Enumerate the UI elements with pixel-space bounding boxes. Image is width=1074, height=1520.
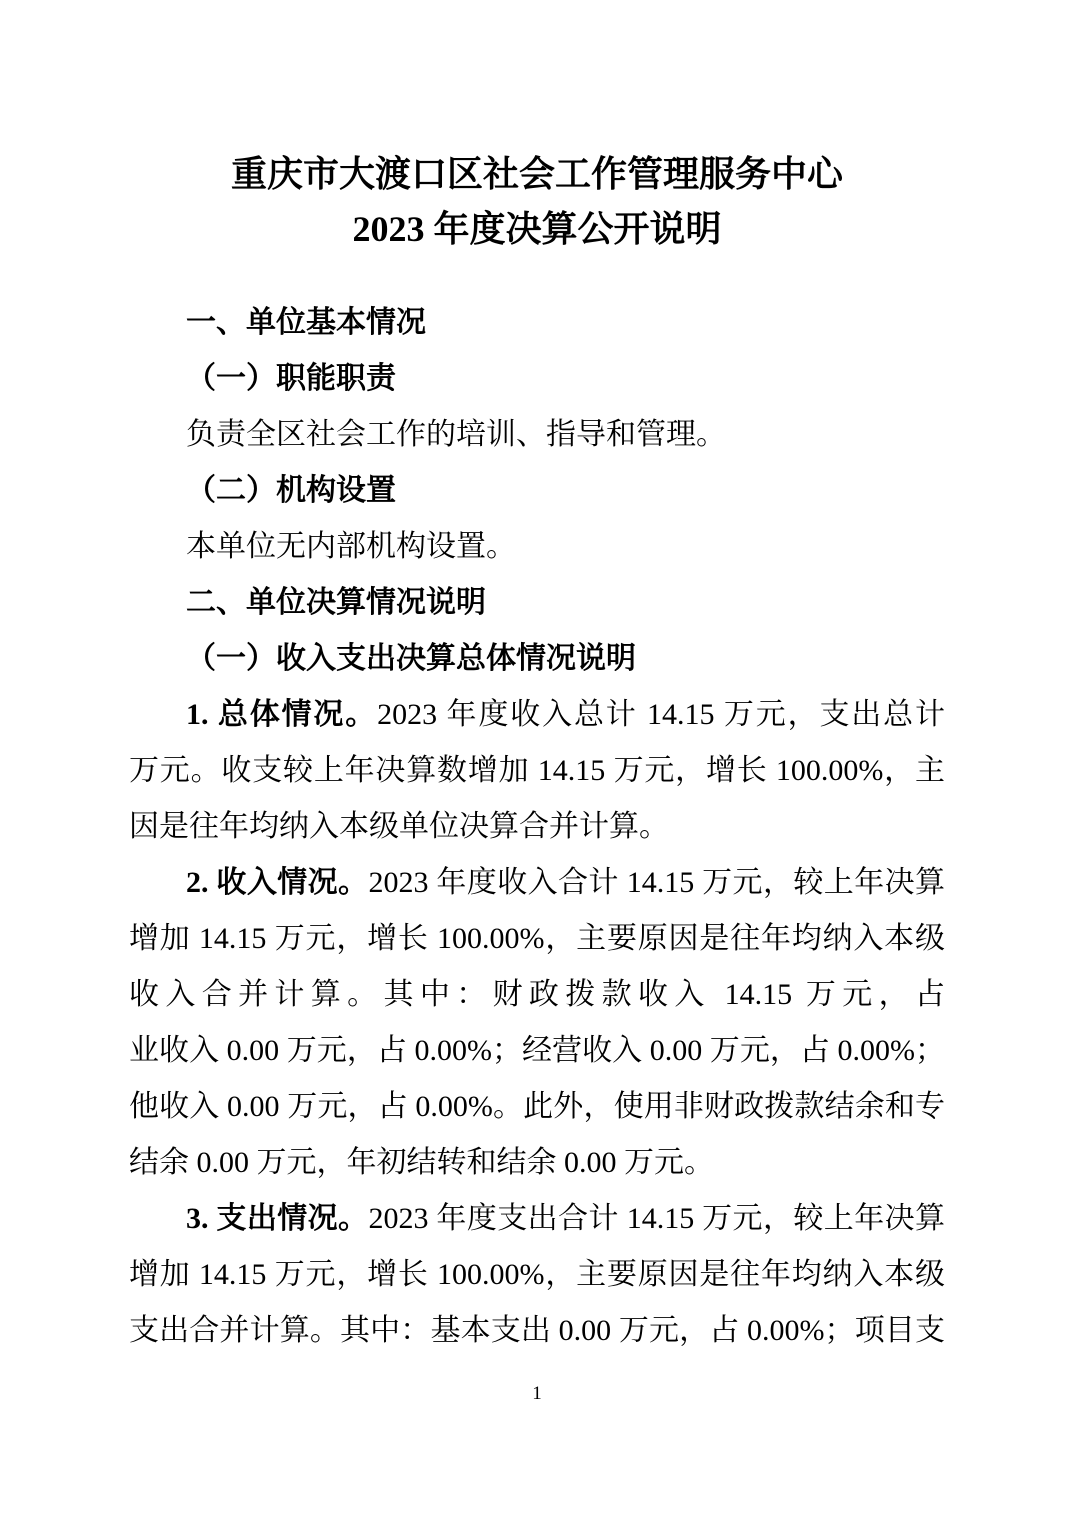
heading-sub-1-1-duties: （一）职能职责 <box>129 351 945 407</box>
document-title-line2: 2023 年度决算公开说明 <box>0 207 1074 251</box>
para-overall-line-2: 万元。收支较上年决算数增加 14.15 万元，增长 100.00%，主要原 <box>129 743 945 799</box>
para-expenditure-line-3: 支出合并计算。其中：基本支出 0.00 万元，占 0.00%；项目支出 <box>129 1303 945 1359</box>
para-income-line-4: 业收入 0.00 万元，占 0.00%；经营收入 0.00 万元，占 0.00%… <box>129 1023 945 1079</box>
document-page: 重庆市大渡口区社会工作管理服务中心 2023 年度决算公开说明 一、单位基本情况… <box>0 0 1074 1520</box>
para-income-lead: 2. 收入情况。 <box>186 866 368 899</box>
para-overall-lead: 1. 总体情况。 <box>186 698 377 731</box>
para-overall-line-3: 因是往年均纳入本级单位决算合并计算。 <box>129 799 945 855</box>
document-title-line1: 重庆市大渡口区社会工作管理服务中心 <box>0 152 1074 196</box>
para-expenditure-line-2: 增加 14.15 万元，增长 100.00%，主要原因是往年均纳入本级单位 <box>129 1247 945 1303</box>
para-expenditure-lead: 3. 支出情况。 <box>186 1202 368 1235</box>
para-income-line-6: 结余 0.00 万元，年初结转和结余 0.00 万元。 <box>129 1135 945 1191</box>
para-income-line-3: 收入合并计算。其中：财政拨款收入 14.15 万元，占 100.00%；事 <box>129 967 945 1023</box>
heading-sub-2-1-income-expenditure-overview: （一）收入支出决算总体情况说明 <box>129 631 945 687</box>
heading-section-2-final-accounts: 二、单位决算情况说明 <box>129 575 945 631</box>
para-overall-line-1: 1. 总体情况。2023 年度收入总计 14.15 万元，支出总计 14.15 <box>129 687 945 743</box>
document-body: 一、单位基本情况 （一）职能职责 负责全区社会工作的培训、指导和管理。 （二）机… <box>129 295 945 1359</box>
para-org-setup-line-1: 本单位无内部机构设置。 <box>129 519 945 575</box>
para-duties-line-1: 负责全区社会工作的培训、指导和管理。 <box>129 407 945 463</box>
heading-sub-1-2-org-setup: （二）机构设置 <box>129 463 945 519</box>
heading-section-1-unit-basic-info: 一、单位基本情况 <box>129 295 945 351</box>
para-expenditure-line-1: 3. 支出情况。2023 年度支出合计 14.15 万元，较上年决算数 <box>129 1191 945 1247</box>
para-income-line-1: 2. 收入情况。2023 年度收入合计 14.15 万元，较上年决算数 <box>129 855 945 911</box>
page-number: 1 <box>0 1381 1074 1407</box>
para-income-line-2: 增加 14.15 万元，增长 100.00%，主要原因是往年均纳入本级单位 <box>129 911 945 967</box>
para-income-line-5: 他收入 0.00 万元，占 0.00%。此外，使用非财政拨款结余和专用 <box>129 1079 945 1135</box>
